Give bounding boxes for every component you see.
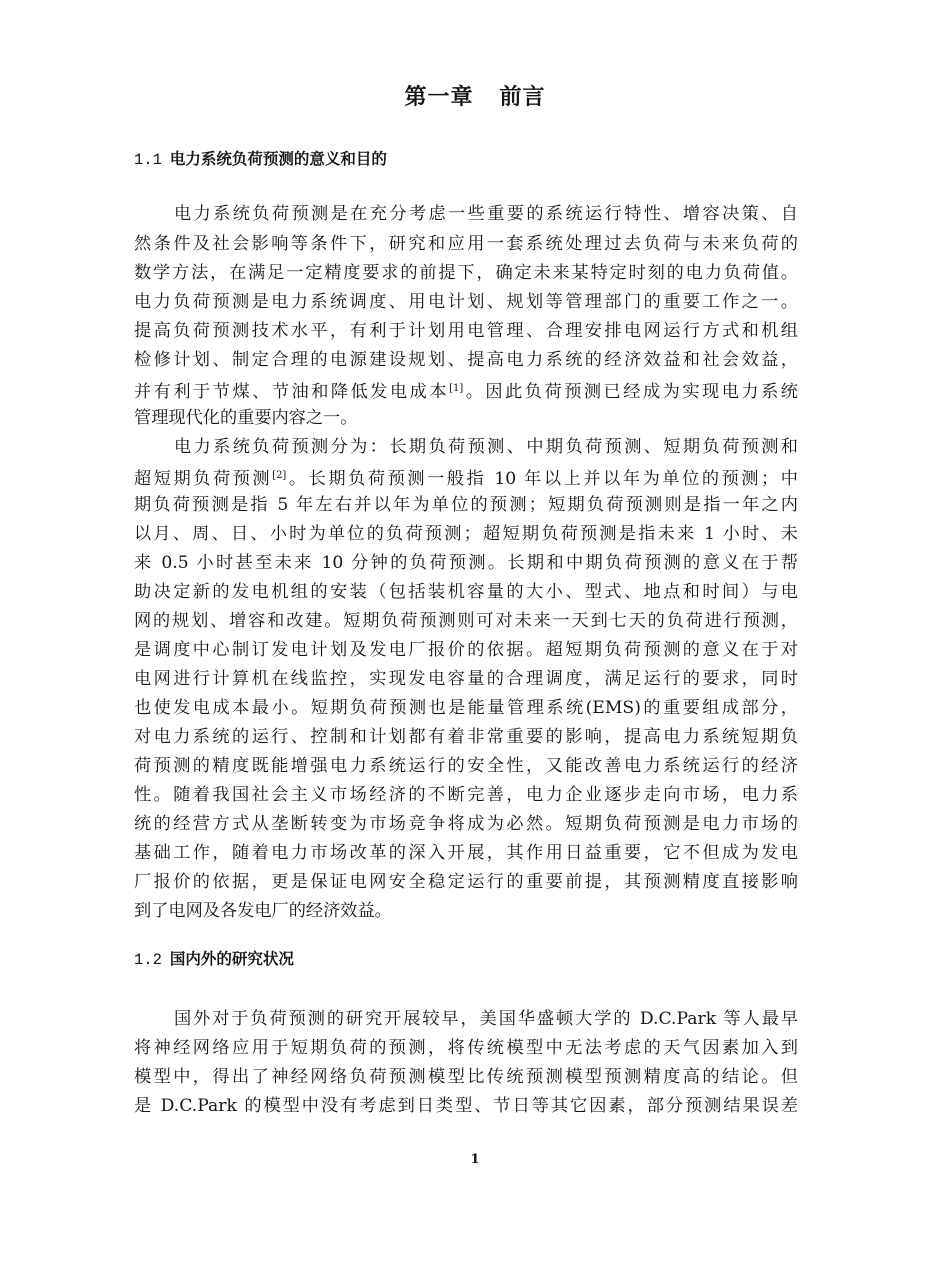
paragraph-line: 电力系统负荷预测是在充分考虑一些重要的系统运行特性、增容决策、自 bbox=[174, 199, 798, 229]
paragraph-line: 厂报价的依据，更是保证电网安全稳定运行的重要前提，其预测精度直接影响 bbox=[134, 867, 798, 897]
section-number: 1.2 bbox=[134, 951, 162, 969]
chapter-title: 第一章前言 bbox=[0, 80, 950, 111]
text-run: 超短期负荷预测 bbox=[134, 469, 272, 489]
section-number: 1.1 bbox=[134, 151, 162, 169]
section-title: 电力系统负荷预测的意义和目的 bbox=[170, 150, 387, 168]
paragraph-line: 模型中，得出了神经网络负荷预测模型比传统预测模型预测精度高的结论。但 bbox=[134, 1062, 798, 1092]
paragraph-line: 荷预测的精度既能增强电力系统运行的安全性，又能改善电力系统运行的经济 bbox=[134, 751, 798, 781]
paragraph-line: 国外对于负荷预测的研究开展较早，美国华盛顿大学的 D.C.Park 等人最早 bbox=[174, 1004, 798, 1034]
paragraph-line: 将神经网络应用于短期负荷的预测，将传统模型中无法考虑的天气因素加入到 bbox=[134, 1033, 798, 1063]
paragraph-line: 统的经营方式从垄断转变为市场竞争将成为必然。短期负荷预测是电力市场的 bbox=[134, 809, 798, 839]
paragraph-line: 检修计划、制定合理的电源建设规划、提高电力系统的经济效益和社会效益， bbox=[134, 345, 798, 375]
chapter-label: 第一章 bbox=[404, 85, 473, 110]
paragraph-line: 然条件及社会影响等条件下，研究和应用一套系统处理过去负荷与未来负荷的 bbox=[134, 229, 798, 259]
page-number: 1 bbox=[0, 1152, 950, 1167]
paragraph-line: 到了电网及各发电厂的经济效益。 bbox=[134, 896, 798, 926]
citation-ref: [2] bbox=[272, 470, 286, 481]
chapter-name: 前言 bbox=[500, 85, 546, 110]
paragraph-line: 数学方法，在满足一定精度要求的前提下，确定未来某特定时刻的电力负荷值。 bbox=[134, 258, 798, 288]
paragraph-line: 基础工作，随着电力市场改革的深入开展，其作用日益重要，它不但成为发电 bbox=[134, 838, 798, 868]
section-heading-1-1: 1.1电力系统负荷预测的意义和目的 bbox=[134, 147, 387, 169]
text-run: 。因此负荷预测已经成为实现电力系统 bbox=[463, 382, 798, 402]
paragraph-line: 期负荷预测是指 5 年左右并以年为单位的预测；短期负荷预测则是指一年之内 bbox=[134, 490, 798, 520]
text-run: 。长期负荷预测一般指 10 年以上并以年为单位的预测；中 bbox=[286, 469, 798, 489]
paragraph-line: 性。随着我国社会主义市场经济的不断完善，电力企业逐步走向市场，电力系 bbox=[134, 780, 798, 810]
paragraph-line: 提高负荷预测技术水平，有利于计划用电管理、合理安排电网运行方式和机组 bbox=[134, 316, 798, 346]
paragraph-line: 对电力系统的运行、控制和计划都有着非常重要的影响，提高电力系统短期负 bbox=[134, 722, 798, 752]
section-title: 国内外的研究状况 bbox=[170, 950, 294, 968]
document-page: 第一章前言 1.1电力系统负荷预测的意义和目的 电力系统负荷预测是在充分考虑一些… bbox=[0, 0, 950, 1286]
paragraph-line: 电力系统负荷预测分为：长期负荷预测、中期负荷预测、短期负荷预测和 bbox=[174, 432, 798, 462]
paragraph-line: 电力负荷预测是电力系统调度、用电计划、规划等管理部门的重要工作之一。 bbox=[134, 287, 798, 317]
paragraph-line: 是调度中心制订发电计划及发电厂报价的依据。超短期负荷预测的意义在于对 bbox=[134, 635, 798, 665]
paragraph-line: 来 0.5 小时甚至未来 10 分钟的负荷预测。长期和中期负荷预测的意义在于帮 bbox=[134, 548, 798, 578]
citation-ref: [1] bbox=[449, 383, 463, 394]
paragraph-line: 电网进行计算机在线监控，实现发电容量的合理调度，满足运行的要求，同时 bbox=[134, 664, 798, 694]
text-run: 并有利于节煤、节油和降低发电成本 bbox=[134, 382, 449, 402]
paragraph-line: 助决定新的发电机组的安装（包括装机容量的大小、型式、地点和时间）与电 bbox=[134, 577, 798, 607]
section-heading-1-2: 1.2国内外的研究状况 bbox=[134, 947, 294, 969]
paragraph-line: 也使发电成本最小。短期负荷预测也是能量管理系统(EMS)的重要组成部分， bbox=[134, 693, 798, 723]
paragraph-line: 是 D.C.Park 的模型中没有考虑到日类型、节日等其它因素，部分预测结果误差 bbox=[134, 1091, 798, 1121]
paragraph-line: 管理现代化的重要内容之一。 bbox=[134, 403, 798, 433]
paragraph-line: 网的规划、增容和改建。短期负荷预测则可对未来一天到七天的负荷进行预测， bbox=[134, 606, 798, 636]
paragraph-line: 以月、周、日、小时为单位的负荷预测；超短期负荷预测是指未来 1 小时、未 bbox=[134, 519, 798, 549]
